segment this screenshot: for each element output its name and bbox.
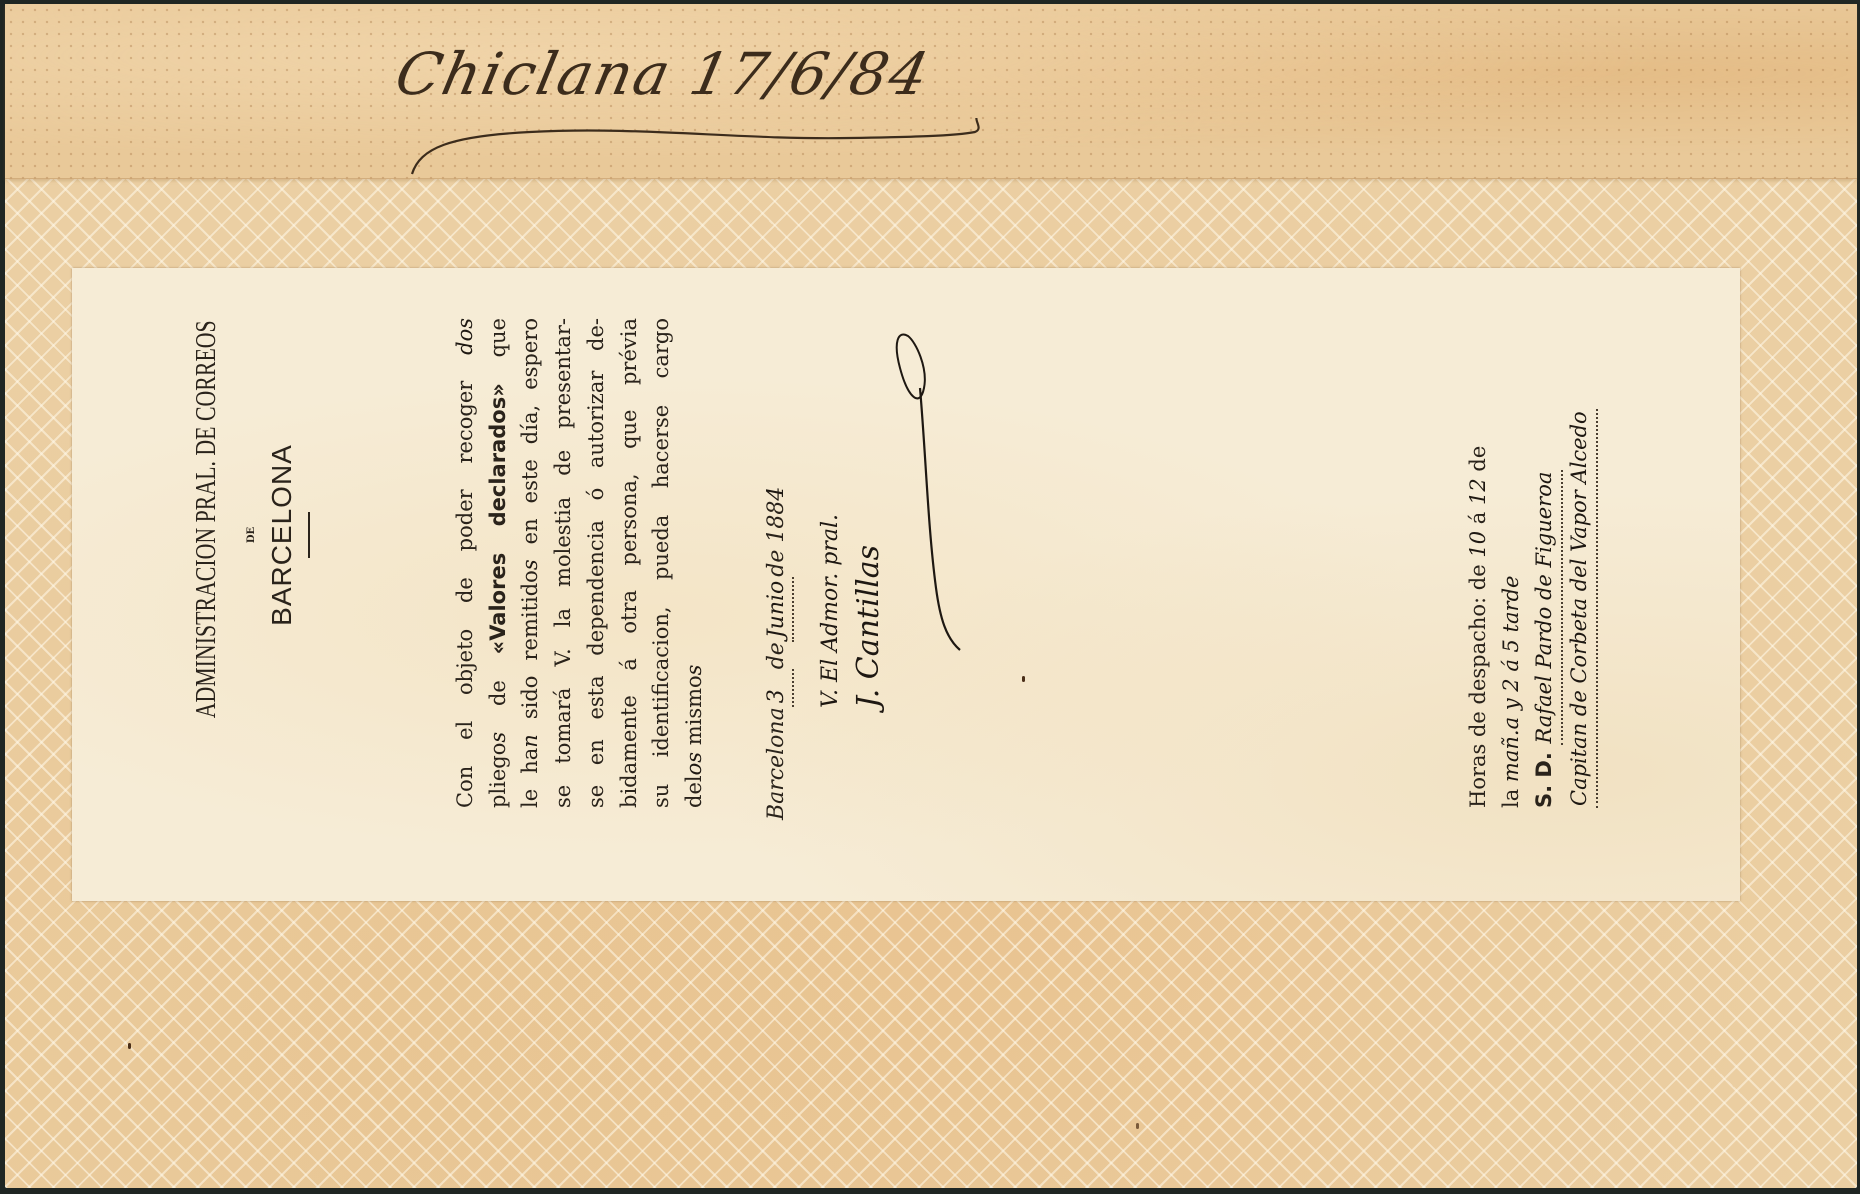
notice-body: Con el objeto de poder recoger dos plieg… [449,318,711,808]
body-line: Con el objeto de poder recoger dos [449,318,482,808]
body-line: su identificacion, pueda hacerse cargo [645,318,678,808]
ink-speck [1022,676,1025,682]
date-de: de [764,642,789,669]
handwritten-fill: n [518,734,542,748]
flourish-underline-icon [410,118,990,176]
hours-line-2: la mañ.a y 2 á 5 tarde [1495,348,1528,808]
body-line: le han sido remitidos en este día, esper… [514,318,547,808]
notice-card: ADMINISTRACION PRAL. DE CORREOS DE BARCE… [72,268,1740,901]
date-month: Junio [762,577,794,642]
signature-flourish-icon [888,328,988,658]
ornament-rule-icon [308,512,310,558]
hours-from: 10 [1466,531,1490,558]
date-year-suffix: 4 [764,487,789,501]
body-text: sido remitido [518,570,542,734]
body-line: pliegos de «Valores declarados» que [482,318,515,808]
date-city: Barcelona [764,707,789,820]
body-text: en este día, espero [518,318,542,559]
hours-a: á [1466,512,1490,525]
body-text: que [486,318,510,383]
date-year-prefix: de 188 [764,501,789,577]
ink-speck [1136,1123,1139,1129]
hours-to: 12 [1466,478,1490,505]
body-text: de [486,654,510,731]
heading-de: DE [238,300,266,770]
handwritten-fill: s [518,559,542,570]
date-day: 3 [762,669,794,707]
hours-de: de [1466,446,1490,472]
addressee-rank-ship: Capitan de Corbeta del Vapor Alcedo [1563,409,1598,808]
date-line: Barcelona3deJuniode 1884 [762,520,794,820]
body-text: mismo [682,675,706,752]
hours-line-1: Horas de despacho: de 10 á 12 de [1462,348,1495,808]
handwritten-fill: s [682,665,706,676]
addressee-name: Rafael Pardo de Figueroa [1528,470,1563,746]
ink-speck [128,1043,131,1049]
flap-handwritten-annotation: Chiclana 17/6/84 [390,40,936,108]
heading-city: BARCELONA [266,300,298,770]
body-text: le ha [518,748,542,808]
addressee-prefix: S. D. [1532,752,1556,808]
addressee-line-2: Capitan de Corbeta del Vapor Alcedo [1563,348,1598,808]
body-line: se en esta dependencia ó autorizar de- [580,318,613,808]
hours-label: Horas de despacho: de [1466,564,1490,808]
card-heading: ADMINISTRACION PRAL. DE CORREOS DE BARCE… [190,300,310,770]
handwritten-fill: dos [453,318,477,355]
addressee-line-1: S. D. Rafael Pardo de Figueroa [1528,348,1563,808]
handwritten-fill: s [486,732,510,743]
body-line: se tomará V. la molestia de presentar- [547,318,580,808]
body-text: pliego [486,743,510,808]
signature-name: J. Cantillas [850,458,888,708]
heading-title: ADMINISTRACION PRAL. DE CORREOS [190,352,224,719]
handwritten-fill: os [682,752,706,775]
signature-title: V. El Admor. pral. [812,458,850,708]
signature-block: V. El Admor. pral. J. Cantillas [812,458,888,708]
hours-la: la [1499,789,1523,808]
body-line: delos mismos [678,318,711,808]
body-text: Con el objeto de poder recoger [453,355,477,808]
date-text: Barcelona3deJuniode 1884 [762,520,794,820]
valores-declarados-emphasis: «Valores declarados» [486,383,510,654]
hours-handwritten: mañ.a y 2 á 5 tarde [1499,576,1523,783]
body-line: bidamente á otra persona, que prévia [613,318,646,808]
hours-block: Horas de despacho: de 10 á 12 de la mañ.… [1462,348,1598,808]
body-text: del [682,775,706,808]
